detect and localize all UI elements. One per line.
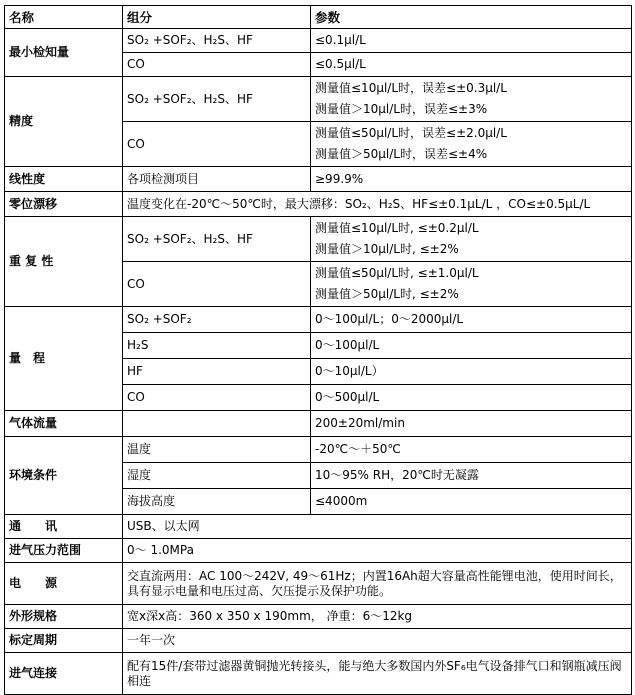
calibration-name: 标定周期 <box>5 629 123 653</box>
repeatability-r2-param-line1: 测量值≤50μl/L时, ≤±1.0μl/L <box>315 263 628 284</box>
header-row: 名称 组分 参数 <box>5 6 632 29</box>
environment-r3-component: 海拔高度 <box>123 489 311 515</box>
range-name: 量 程 <box>5 307 123 411</box>
dimensions-param: 宽x深x高：360 x 350 x 190mm， 净重：6～12kg <box>123 605 632 629</box>
accuracy-r2-param-line2: 测量值＞50μl/L时，误差≤±4% <box>315 144 628 165</box>
repeatability-r2-param: 测量值≤50μl/L时, ≤±1.0μl/L 测量值＞50μl/L时, ≤±2% <box>311 262 632 307</box>
range-r4-component: CO <box>123 385 311 411</box>
linearity-component: 各项检测项目 <box>123 167 311 192</box>
environment-r2-param: 10～95% RH，20℃时无凝露 <box>311 463 632 489</box>
range-r1-component: SO₂ +SOF₂ <box>123 307 311 333</box>
min-detect-r1-param: ≤0.1μl/L <box>311 29 632 53</box>
row-power: 电 源 交直流两用：AC 100～242V, 49～61Hz；内置16Ah超大容… <box>5 563 632 605</box>
linearity-param: ≥99.9% <box>311 167 632 192</box>
gas-flow-component <box>123 411 311 437</box>
header-name: 名称 <box>5 6 123 29</box>
gas-flow-param: 200±20ml/min <box>311 411 632 437</box>
range-r4-param: 0～500μl/L <box>311 385 632 411</box>
row-environment-1: 环境条件 温度 -20℃～＋50℃ <box>5 437 632 463</box>
accuracy-r2-component: CO <box>123 122 311 167</box>
environment-r1-component: 温度 <box>123 437 311 463</box>
linearity-name: 线性度 <box>5 167 123 192</box>
row-calibration: 标定周期 一年一次 <box>5 629 632 653</box>
range-r2-param: 0～100μl/L <box>311 333 632 359</box>
communication-param: USB、以太网 <box>123 515 632 539</box>
inlet-connection-name: 进气连接 <box>5 653 123 695</box>
power-name: 电 源 <box>5 563 123 605</box>
row-zero-drift: 零位漂移 温度变化在-20℃～50℃时，最大漂移：SO₂、H₂S、HF≤±0.1… <box>5 192 632 217</box>
gas-flow-name: 气体流量 <box>5 411 123 437</box>
environment-r1-param: -20℃～＋50℃ <box>311 437 632 463</box>
zero-drift-param: 温度变化在-20℃～50℃时，最大漂移：SO₂、H₂S、HF≤±0.1μL/L … <box>123 192 632 217</box>
repeatability-r1-component: SO₂ +SOF₂、H₂S、HF <box>123 217 311 262</box>
row-inlet-pressure: 进气压力范围 0～ 1.0MPa <box>5 539 632 563</box>
accuracy-r1-param: 测量值≤10μl/L时，误差≤±0.3μl/L 测量值＞10μl/L时，误差≤±… <box>311 77 632 122</box>
environment-r2-component: 湿度 <box>123 463 311 489</box>
environment-r3-param: ≤4000m <box>311 489 632 515</box>
row-communication: 通 讯 USB、以太网 <box>5 515 632 539</box>
accuracy-r1-component: SO₂ +SOF₂、H₂S、HF <box>123 77 311 122</box>
accuracy-r2-param-line1: 测量值≤50μl/L时，误差≤±2.0μl/L <box>315 123 628 144</box>
range-r3-component: HF <box>123 359 311 385</box>
repeatability-r2-component: CO <box>123 262 311 307</box>
row-inlet-connection: 进气连接 配有15件/套带过滤器黄铜抛光转接头，能与绝大多数国内外SF₆电气设备… <box>5 653 632 695</box>
repeatability-r1-param-line1: 测量值≤10μl/L时, ≤±0.2μl/L <box>315 218 628 239</box>
inlet-pressure-name: 进气压力范围 <box>5 539 123 563</box>
header-component: 组分 <box>123 6 311 29</box>
min-detect-r2-component: CO <box>123 53 311 77</box>
row-range-1: 量 程 SO₂ +SOF₂ 0～100μl/L；0～2000μl/L <box>5 307 632 333</box>
zero-drift-name: 零位漂移 <box>5 192 123 217</box>
header-param: 参数 <box>311 6 632 29</box>
row-repeatability-1: 重 复 性 SO₂ +SOF₂、H₂S、HF 测量值≤10μl/L时, ≤±0.… <box>5 217 632 262</box>
inlet-pressure-param: 0～ 1.0MPa <box>123 539 632 563</box>
row-gas-flow: 气体流量 200±20ml/min <box>5 411 632 437</box>
dimensions-name: 外形规格 <box>5 605 123 629</box>
accuracy-r1-param-line2: 测量值＞10μl/L时，误差≤±3% <box>315 99 628 120</box>
row-min-detect-1: 最小检知量 SO₂ +SOF₂、H₂S、HF ≤0.1μl/L <box>5 29 632 53</box>
row-accuracy-1: 精度 SO₂ +SOF₂、H₂S、HF 测量值≤10μl/L时，误差≤±0.3μ… <box>5 77 632 122</box>
range-r3-param: 0～10μl/L） <box>311 359 632 385</box>
range-r1-param: 0～100μl/L；0～2000μl/L <box>311 307 632 333</box>
accuracy-r2-param: 测量值≤50μl/L时，误差≤±2.0μl/L 测量值＞50μl/L时，误差≤±… <box>311 122 632 167</box>
repeatability-name: 重 复 性 <box>5 217 123 307</box>
row-dimensions: 外形规格 宽x深x高：360 x 350 x 190mm， 净重：6～12kg <box>5 605 632 629</box>
calibration-param: 一年一次 <box>123 629 632 653</box>
row-linearity: 线性度 各项检测项目 ≥99.9% <box>5 167 632 192</box>
min-detect-r2-param: ≤0.5μl/L <box>311 53 632 77</box>
inlet-connection-param: 配有15件/套带过滤器黄铜抛光转接头，能与绝大多数国内外SF₆电气设备排气口和钢… <box>123 653 632 695</box>
min-detect-name: 最小检知量 <box>5 29 123 77</box>
environment-name: 环境条件 <box>5 437 123 515</box>
communication-name: 通 讯 <box>5 515 123 539</box>
accuracy-name: 精度 <box>5 77 123 167</box>
repeatability-r1-param-line2: 测量值＞10μl/L时, ≤±2% <box>315 239 628 260</box>
accuracy-r1-param-line1: 测量值≤10μl/L时，误差≤±0.3μl/L <box>315 78 628 99</box>
min-detect-r1-component: SO₂ +SOF₂、H₂S、HF <box>123 29 311 53</box>
repeatability-r1-param: 测量值≤10μl/L时, ≤±0.2μl/L 测量值＞10μl/L时, ≤±2% <box>311 217 632 262</box>
power-param: 交直流两用：AC 100～242V, 49～61Hz；内置16Ah超大容量高性能… <box>123 563 632 605</box>
spec-table: 名称 组分 参数 最小检知量 SO₂ +SOF₂、H₂S、HF ≤0.1μl/L… <box>4 5 632 695</box>
repeatability-r2-param-line2: 测量值＞50μl/L时, ≤±2% <box>315 284 628 305</box>
range-r2-component: H₂S <box>123 333 311 359</box>
